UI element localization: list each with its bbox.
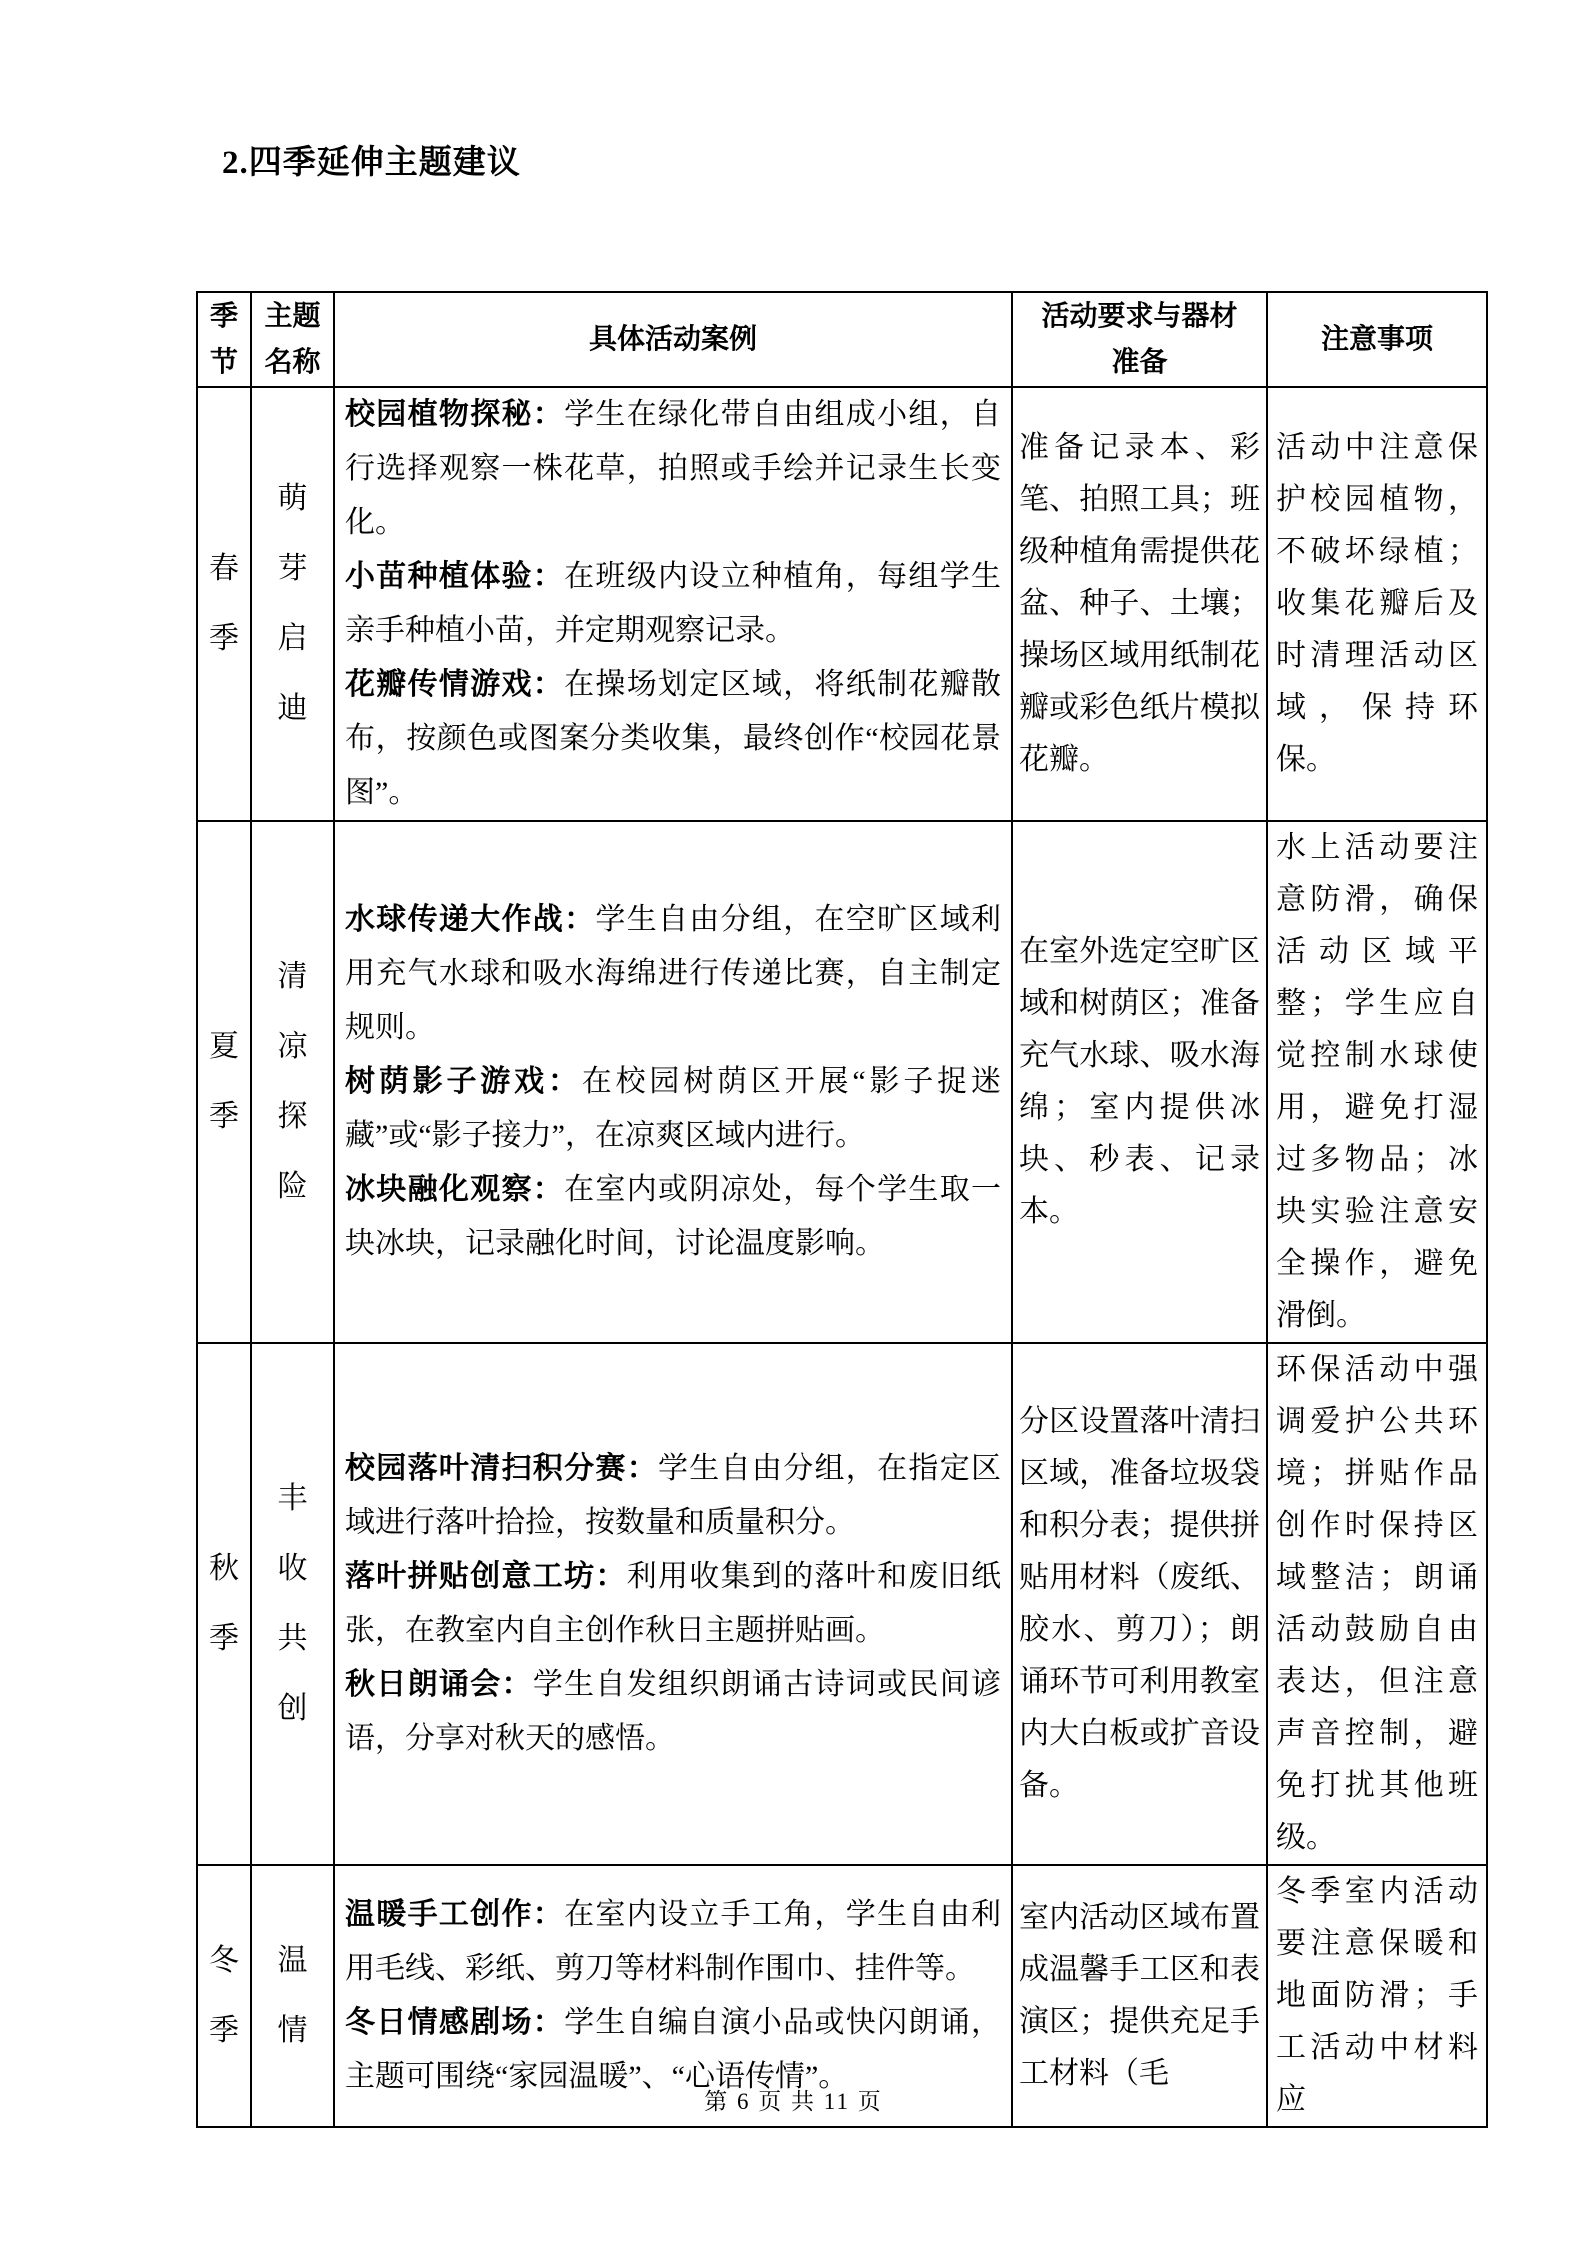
- activity-title: 水球传递大作战：: [345, 903, 595, 936]
- page-footer: 第 6 页 共 11 页: [0, 2083, 1587, 2116]
- column-header-1: 主题 名称: [251, 292, 334, 387]
- activity-title: 花瓣传情游戏：: [345, 668, 564, 701]
- activity-item: 花瓣传情游戏：在操场划定区域，将纸制花瓣散布，按颜色或图案分类收集，最终创作“校…: [345, 658, 1001, 820]
- activity-title: 温暖手工创作：: [345, 1898, 564, 1931]
- activity-item: 落叶拼贴创意工坊：利用收集到的落叶和废旧纸张，在教室内自主创作秋日主题拼贴画。: [345, 1550, 1001, 1658]
- column-header-3: 活动要求与器材 准备: [1012, 292, 1267, 387]
- requirements-cell: 分区设置落叶清扫区域，准备垃圾袋和积分表；提供拼贴用材料（废纸、胶水、剪刀）；朗…: [1012, 1343, 1267, 1865]
- activity-item: 校园落叶清扫积分赛：学生自由分组，在指定区域进行落叶拾捡，按数量和质量积分。: [345, 1442, 1001, 1550]
- requirements-cell: 在室外选定空旷区域和树荫区；准备充气水球、吸水海绵；室内提供冰块、秒表、记录本。: [1012, 821, 1267, 1343]
- activity-item: 小苗种植体验：在班级内设立种植角，每组学生亲手种植小苗，并定期观察记录。: [345, 550, 1001, 658]
- activity-title: 校园植物探秘：: [345, 398, 564, 431]
- section-title: 2.四季延伸主题建议: [222, 136, 521, 183]
- season-cell: 春 季: [197, 387, 251, 821]
- theme-cell: 清 凉 探 险: [251, 821, 334, 1343]
- activity-title: 树荫影子游戏：: [345, 1065, 582, 1098]
- activity-title: 冰块融化观察：: [345, 1173, 564, 1206]
- season-cell: 夏 季: [197, 821, 251, 1343]
- activity-item: 温暖手工创作：在室内设立手工角，学生自由利用毛线、彩纸、剪刀等材料制作围巾、挂件…: [345, 1888, 1001, 1996]
- seasons-table: 季 节主题 名称具体活动案例活动要求与器材 准备注意事项 春 季萌 芽 启 迪校…: [196, 291, 1488, 2128]
- table-row-夏季: 夏 季清 凉 探 险水球传递大作战：学生自由分组，在空旷区域利用充气水球和吸水海…: [197, 821, 1487, 1343]
- table-row-春季: 春 季萌 芽 启 迪校园植物探秘：学生在绿化带自由组成小组，自行选择观察一株花草…: [197, 387, 1487, 821]
- activity-title: 落叶拼贴创意工坊：: [345, 1560, 627, 1593]
- activity-item: 冰块融化观察：在室内或阴凉处，每个学生取一块冰块，记录融化时间，讨论温度影响。: [345, 1163, 1001, 1271]
- column-header-0: 季 节: [197, 292, 251, 387]
- table-row-秋季: 秋 季丰 收 共 创校园落叶清扫积分赛：学生自由分组，在指定区域进行落叶拾捡，按…: [197, 1343, 1487, 1865]
- activities-cell: 校园植物探秘：学生在绿化带自由组成小组，自行选择观察一株花草，拍照或手绘并记录生…: [334, 387, 1012, 821]
- theme-cell: 丰 收 共 创: [251, 1343, 334, 1865]
- activities-cell: 校园落叶清扫积分赛：学生自由分组，在指定区域进行落叶拾捡，按数量和质量积分。落叶…: [334, 1343, 1012, 1865]
- activity-item: 秋日朗诵会：学生自发组织朗诵古诗词或民间谚语，分享对秋天的感悟。: [345, 1658, 1001, 1766]
- notes-cell: 活动中注意保护校园植物，不破坏绿植；收集花瓣后及时清理活动区域，保持环保。: [1267, 387, 1487, 821]
- activity-title: 秋日朗诵会：: [345, 1668, 533, 1701]
- activity-title: 小苗种植体验：: [345, 560, 564, 593]
- activity-item: 树荫影子游戏：在校园树荫区开展“影子捉迷藏”或“影子接力”，在凉爽区域内进行。: [345, 1055, 1001, 1163]
- theme-cell: 萌 芽 启 迪: [251, 387, 334, 821]
- activity-title: 冬日情感剧场：: [345, 2006, 564, 2039]
- notes-cell: 水上活动要注意防滑，确保活动区域平整；学生应自觉控制水球使用，避免打湿过多物品；…: [1267, 821, 1487, 1343]
- season-cell: 秋 季: [197, 1343, 251, 1865]
- column-header-4: 注意事项: [1267, 292, 1487, 387]
- activities-cell: 水球传递大作战：学生自由分组，在空旷区域利用充气水球和吸水海绵进行传递比赛，自主…: [334, 821, 1012, 1343]
- column-header-2: 具体活动案例: [334, 292, 1012, 387]
- activity-title: 校园落叶清扫积分赛：: [345, 1452, 658, 1485]
- document-page: { "page": { "title": "2.四季延伸主题建议", "foot…: [0, 0, 1587, 2245]
- activity-item: 校园植物探秘：学生在绿化带自由组成小组，自行选择观察一株花草，拍照或手绘并记录生…: [345, 388, 1001, 550]
- requirements-cell: 准备记录本、彩笔、拍照工具；班级种植角需提供花盆、种子、土壤；操场区域用纸制花瓣…: [1012, 387, 1267, 821]
- notes-cell: 环保活动中强调爱护公共环境；拼贴作品创作时保持区域整洁；朗诵活动鼓励自由表达，但…: [1267, 1343, 1487, 1865]
- header-row: 季 节主题 名称具体活动案例活动要求与器材 准备注意事项: [197, 292, 1487, 387]
- activity-item: 水球传递大作战：学生自由分组，在空旷区域利用充气水球和吸水海绵进行传递比赛，自主…: [345, 893, 1001, 1055]
